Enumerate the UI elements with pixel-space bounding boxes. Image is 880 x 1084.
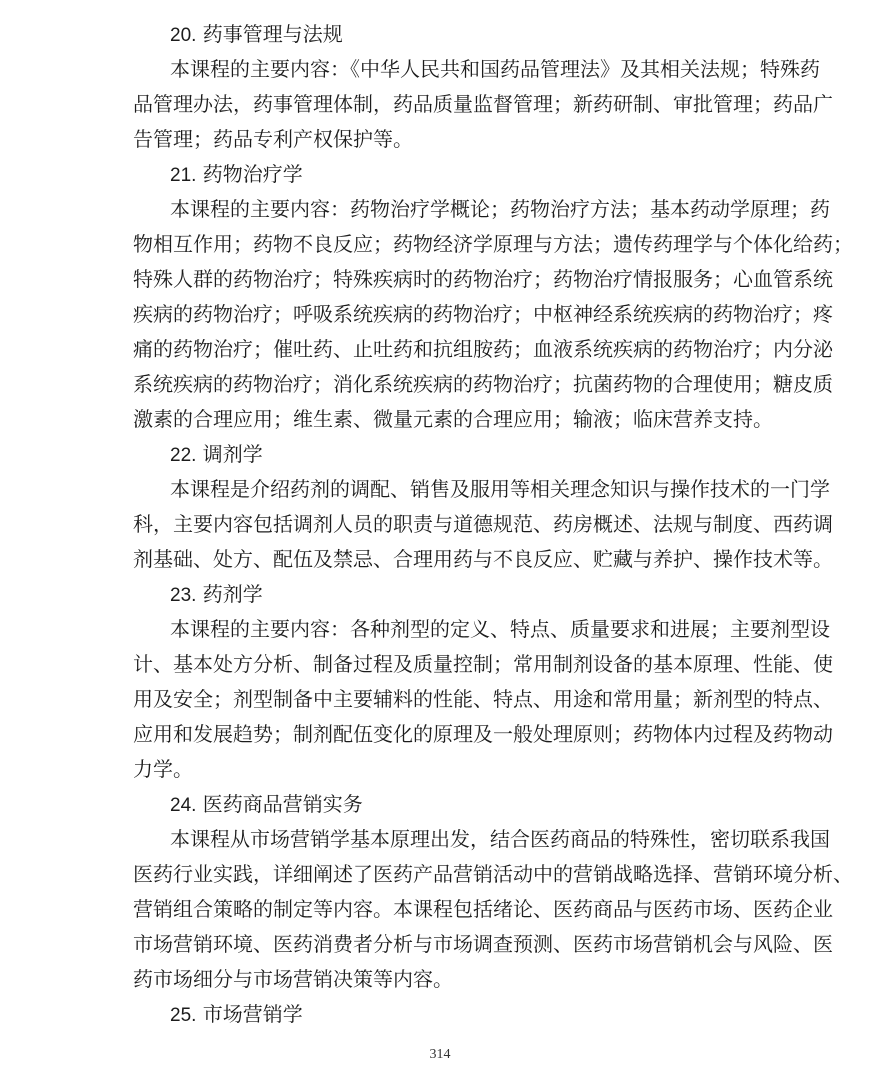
- paragraph-line: 应用和发展趋势；制剂配伍变化的原理及一般处理原则；药物体内过程及药物动: [133, 717, 747, 752]
- section-heading-24: 24. 医药商品营销实务: [133, 787, 747, 822]
- paragraph-line: 本课程从市场营销学基本原理出发，结合医药商品的特殊性，密切联系我国: [133, 822, 747, 857]
- section-title: 调剂学: [203, 442, 263, 466]
- section-number: 24.: [170, 795, 196, 816]
- paragraph-line: 力学。: [133, 752, 747, 787]
- paragraph-line: 品管理办法，药事管理体制，药品质量监督管理；新药研制、审批管理；药品广: [133, 87, 747, 122]
- paragraph-line: 本课程是介绍药剂的调配、销售及服用等相关理念知识与操作技术的一门学: [133, 472, 747, 507]
- section-heading-22: 22. 调剂学: [133, 437, 747, 472]
- section-title: 药事管理与法规: [203, 22, 343, 46]
- paragraph-line: 用及安全；剂型制备中主要辅料的性能、特点、用途和常用量；新剂型的特点、: [133, 682, 747, 717]
- section-title: 药物治疗学: [203, 162, 303, 186]
- paragraph-line: 本课程的主要内容：各种剂型的定义、特点、质量要求和进展；主要剂型设: [133, 612, 747, 647]
- section-heading-23: 23. 药剂学: [133, 577, 747, 612]
- page-number: 314: [0, 1045, 880, 1065]
- section-heading-25: 25. 市场营销学: [133, 997, 747, 1032]
- paragraph-line: 激素的合理应用；维生素、微量元素的合理应用；输液；临床营养支持。: [133, 402, 747, 437]
- section-number: 23.: [170, 585, 196, 606]
- paragraph-line: 科，主要内容包括调剂人员的职责与道德规范、药房概述、法规与制度、西药调: [133, 507, 747, 542]
- paragraph-line: 医药行业实践，详细阐述了医药产品营销活动中的营销战略选择、营销环境分析、: [133, 857, 747, 892]
- paragraph-line: 药市场细分与市场营销决策等内容。: [133, 962, 747, 997]
- section-number: 25.: [170, 1005, 196, 1026]
- paragraph-line: 市场营销环境、医药消费者分析与市场调查预测、医药市场营销机会与风险、医: [133, 927, 747, 962]
- section-heading-21: 21. 药物治疗学: [133, 157, 747, 192]
- paragraph-line: 本课程的主要内容：药物治疗学概论；药物治疗方法；基本药动学原理；药: [133, 192, 747, 227]
- paragraph-line: 痛的药物治疗；催吐药、止吐药和抗组胺药；血液系统疾病的药物治疗；内分泌: [133, 332, 747, 367]
- section-title: 市场营销学: [203, 1002, 303, 1026]
- paragraph-line: 剂基础、处方、配伍及禁忌、合理用药与不良反应、贮藏与养护、操作技术等。: [133, 542, 747, 577]
- section-number: 22.: [170, 445, 196, 466]
- section-heading-20: 20. 药事管理与法规: [133, 17, 747, 52]
- section-title: 药剂学: [203, 582, 263, 606]
- paragraph-line: 计、基本处方分析、制备过程及质量控制；常用制剂设备的基本原理、性能、使: [133, 647, 747, 682]
- section-number: 21.: [170, 165, 196, 186]
- paragraph-line: 疾病的药物治疗；呼吸系统疾病的药物治疗；中枢神经系统疾病的药物治疗；疼: [133, 297, 747, 332]
- paragraph-line: 物相互作用；药物不良反应；药物经济学原理与方法；遗传药理学与个体化给药；: [133, 227, 747, 262]
- paragraph-line: 营销组合策略的制定等内容。本课程包括绪论、医药商品与医药市场、医药企业: [133, 892, 747, 927]
- section-title: 医药商品营销实务: [203, 792, 363, 816]
- paragraph-line: 特殊人群的药物治疗；特殊疾病时的药物治疗；药物治疗情报服务；心血管系统: [133, 262, 747, 297]
- document-page: 20. 药事管理与法规 本课程的主要内容：《中华人民共和国药品管理法》及其相关法…: [133, 17, 747, 1032]
- paragraph-line: 本课程的主要内容：《中华人民共和国药品管理法》及其相关法规；特殊药: [133, 52, 747, 87]
- paragraph-line: 告管理；药品专利产权保护等。: [133, 122, 747, 157]
- section-number: 20.: [170, 25, 196, 46]
- paragraph-line: 系统疾病的药物治疗；消化系统疾病的药物治疗；抗菌药物的合理使用；糖皮质: [133, 367, 747, 402]
